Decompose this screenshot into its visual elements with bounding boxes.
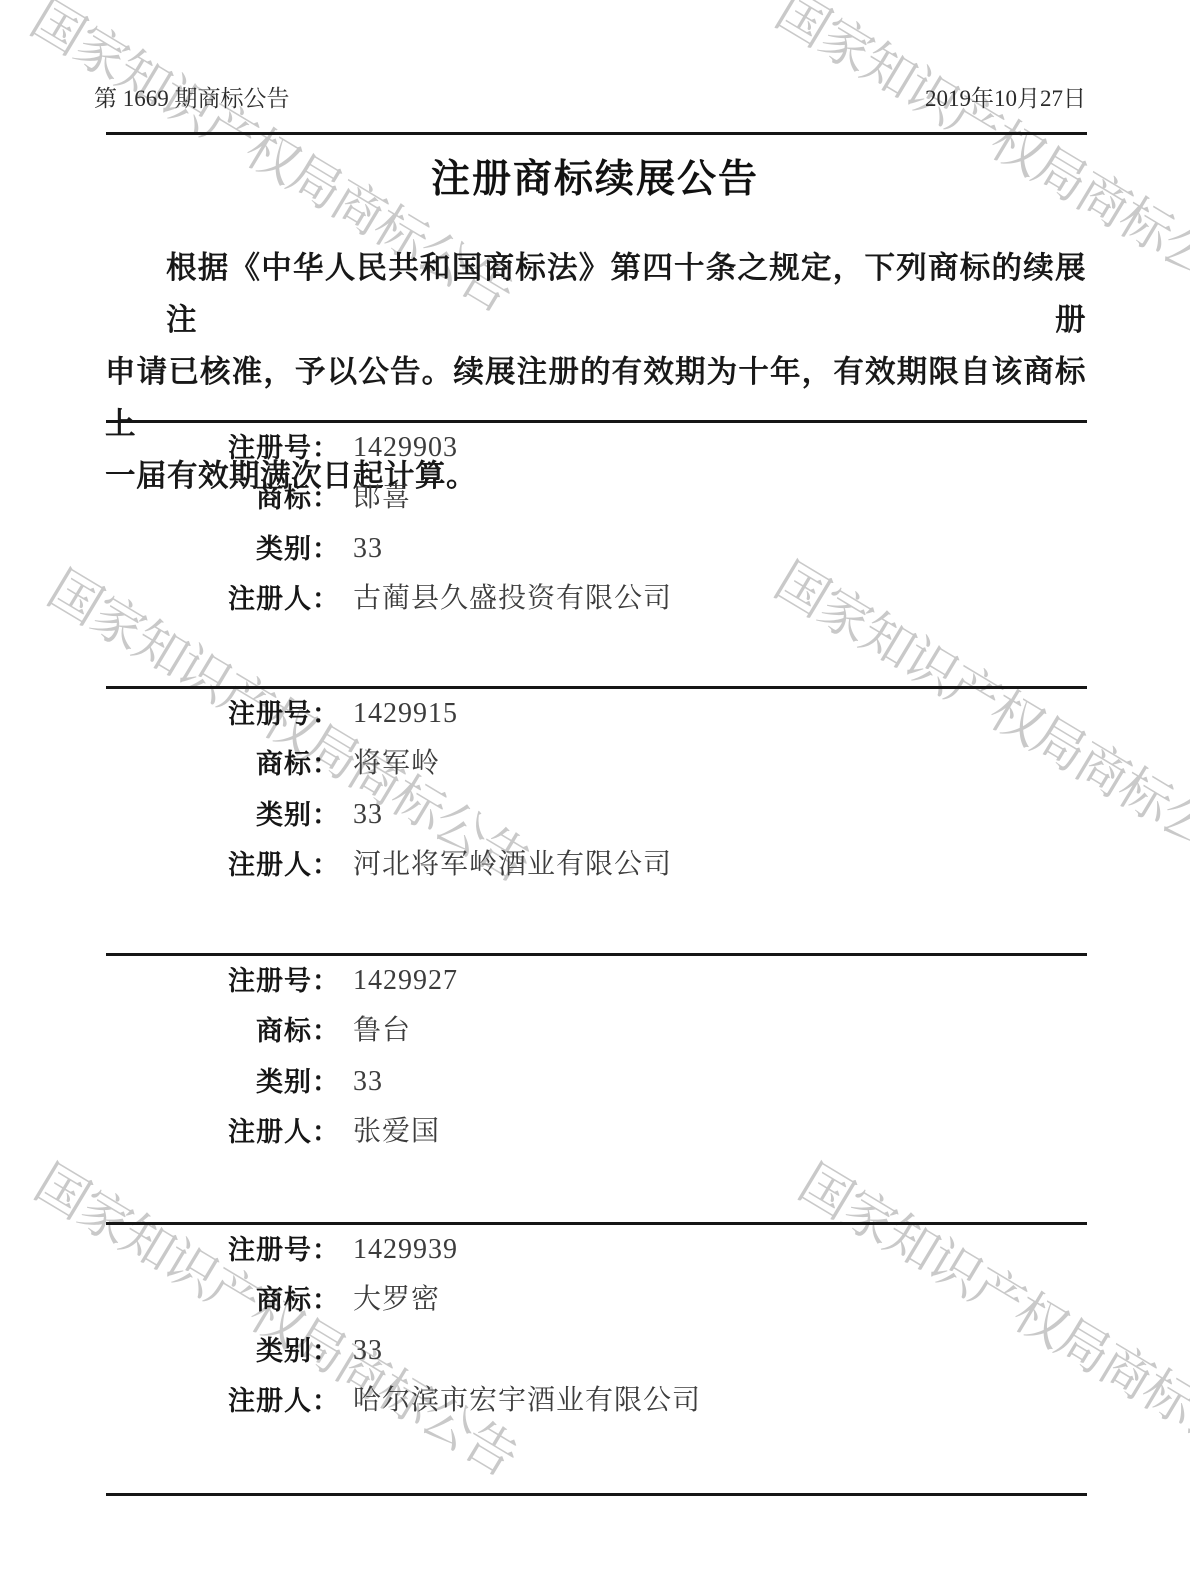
field-label: 类别：: [0, 1334, 340, 1368]
field-row-class: 类别： 33: [0, 1334, 1190, 1368]
field-label: 注册号：: [0, 1233, 340, 1267]
field-value-reg-no: 1429915: [353, 697, 458, 731]
field-value-registrant: 河北将军岭酒业有限公司: [353, 848, 672, 882]
trademark-entry: 注册号： 1429927 商标： 鲁台 类别： 33 注册人： 张爱国: [0, 953, 1190, 1220]
field-value-class: 33: [353, 798, 383, 832]
field-row-class: 类别： 33: [0, 798, 1190, 832]
field-row-registrant: 注册人： 张爱国: [0, 1115, 1190, 1149]
field-row-trademark: 商标： 大罗密: [0, 1283, 1190, 1317]
field-label: 注册号：: [0, 697, 340, 731]
field-value-class: 33: [353, 1334, 383, 1368]
entry-rule: [106, 686, 1087, 689]
field-row-class: 类别： 33: [0, 1065, 1190, 1099]
field-label: 注册人：: [0, 582, 340, 616]
field-row-trademark: 商标： 郎喜: [0, 481, 1190, 515]
field-row-reg-no: 注册号： 1429939: [0, 1233, 1190, 1267]
field-label: 注册人：: [0, 848, 340, 882]
field-label: 商标：: [0, 1014, 340, 1048]
field-label: 类别：: [0, 798, 340, 832]
trademark-entry: 注册号： 1429939 商标： 大罗密 类别： 33 注册人： 哈尔滨市宏宇酒…: [0, 1222, 1190, 1489]
page-title: 注册商标续展公告: [0, 148, 1190, 204]
header-date: 2019年10月27日: [925, 84, 1086, 114]
field-value-registrant: 张爱国: [353, 1115, 440, 1149]
field-row-reg-no: 注册号： 1429903: [0, 431, 1190, 465]
field-label: 注册人：: [0, 1115, 340, 1149]
field-row-registrant: 注册人： 河北将军岭酒业有限公司: [0, 848, 1190, 882]
field-value-reg-no: 1429927: [353, 964, 458, 998]
field-value-trademark: 大罗密: [353, 1283, 440, 1317]
field-value-class: 33: [353, 1065, 383, 1099]
entry-rule: [106, 1222, 1087, 1225]
field-row-registrant: 注册人： 古蔺县久盛投资有限公司: [0, 582, 1190, 616]
field-value-trademark: 将军岭: [353, 747, 440, 781]
header-rule: [106, 132, 1087, 135]
field-label: 类别：: [0, 532, 340, 566]
intro-line: 根据《中华人民共和国商标法》第四十条之规定，下列商标的续展注册: [105, 242, 1086, 346]
field-label: 注册号：: [0, 964, 340, 998]
field-value-registrant: 哈尔滨市宏宇酒业有限公司: [353, 1384, 701, 1418]
field-value-trademark: 郎喜: [353, 481, 411, 515]
field-row-reg-no: 注册号： 1429915: [0, 697, 1190, 731]
field-row-registrant: 注册人： 哈尔滨市宏宇酒业有限公司: [0, 1384, 1190, 1418]
field-value-reg-no: 1429939: [353, 1233, 458, 1267]
entry-rule: [106, 953, 1087, 956]
header-issue-label: 第 1669 期商标公告: [94, 84, 290, 114]
field-label: 商标：: [0, 747, 340, 781]
field-label: 商标：: [0, 481, 340, 515]
entry-rule: [106, 420, 1087, 423]
field-value-trademark: 鲁台: [353, 1014, 411, 1048]
field-value-class: 33: [353, 532, 383, 566]
page-content: 第 1669 期商标公告 2019年10月27日 注册商标续展公告 根据《中华人…: [0, 0, 1190, 1596]
gazette-page: 国家知识产权局商标公告国家知识产权局商标公告国家知识产权局商标公告国家知识产权局…: [0, 0, 1190, 1596]
field-value-reg-no: 1429903: [353, 431, 458, 465]
field-row-reg-no: 注册号： 1429927: [0, 964, 1190, 998]
field-label: 注册号：: [0, 431, 340, 465]
bottom-rule: [106, 1493, 1087, 1496]
trademark-entry: 注册号： 1429903 商标： 郎喜 类别： 33 注册人： 古蔺县久盛投资有…: [0, 420, 1190, 687]
trademark-entry: 注册号： 1429915 商标： 将军岭 类别： 33 注册人： 河北将军岭酒业…: [0, 686, 1190, 953]
field-row-trademark: 商标： 将军岭: [0, 747, 1190, 781]
field-row-class: 类别： 33: [0, 532, 1190, 566]
field-label: 注册人：: [0, 1384, 340, 1418]
field-label: 类别：: [0, 1065, 340, 1099]
field-value-registrant: 古蔺县久盛投资有限公司: [353, 582, 672, 616]
field-label: 商标：: [0, 1283, 340, 1317]
field-row-trademark: 商标： 鲁台: [0, 1014, 1190, 1048]
